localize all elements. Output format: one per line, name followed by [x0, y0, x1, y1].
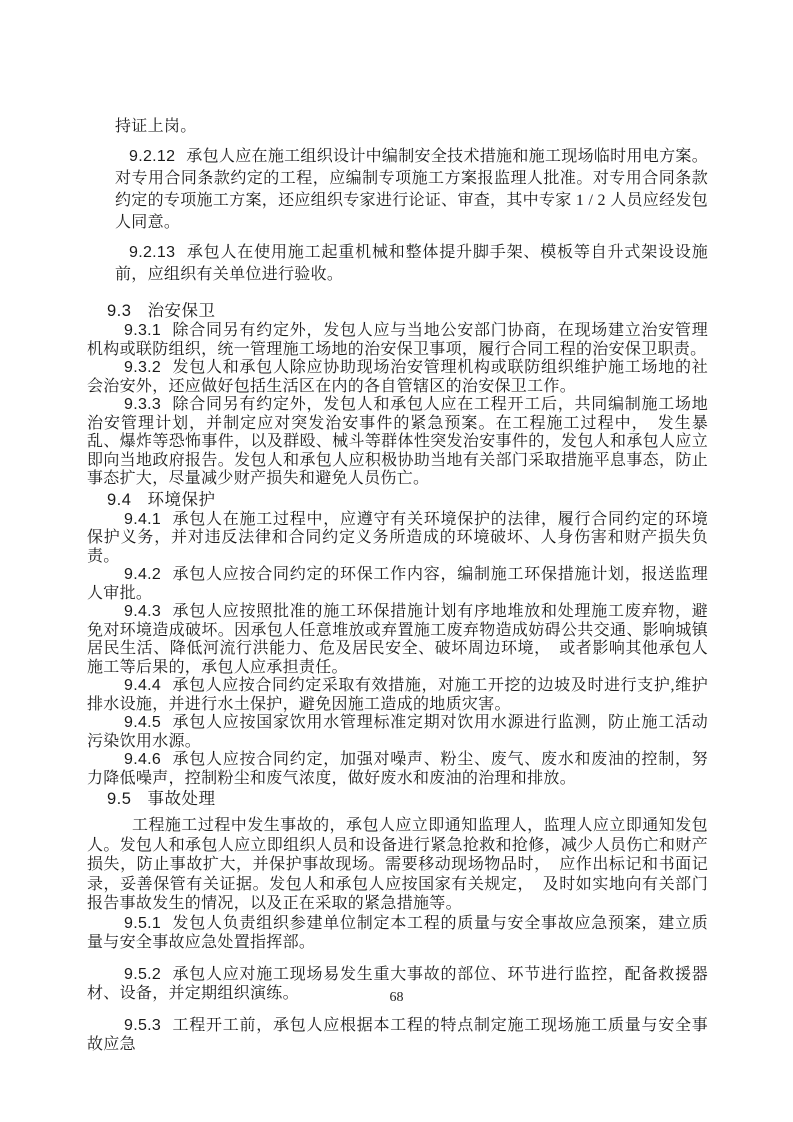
clause-number: 9.4.2 — [124, 566, 161, 583]
clause-number: 9.5.3 — [124, 1017, 161, 1034]
clause-9-4-4: 9.4.4承包人应按合同约定采取有效措施，对施工开挖的边坡及时进行支护,维护排水… — [87, 677, 708, 714]
clause-text: 承包人应按合同约定的环保工作内容，编制施工环保措施计划，报送监理人审批。 — [87, 566, 708, 602]
clause-9-4-6: 9.4.6承包人应按合同约定，加强对噪声、粉尘、废气、废水和废油的控制，努力降低… — [87, 751, 708, 788]
clause-text: 承包人应按合同约定采取有效措施，对施工开挖的边坡及时进行支护,维护排水设施，并进… — [87, 677, 708, 713]
clause-text: 承包人在施工过程中，应遵守有关环境保护的法律，履行合同约定的环境保护义务，并对违… — [87, 511, 708, 565]
clause-text: 除合同另有约定外，发包人和承包人应在工程开工后，共同编制施工场地治安管理计划，并… — [87, 396, 708, 487]
clause-9-3-1: 9.3.1除合同另有约定外，发包人应与当地公安部门协商，在现场建立治安管理机构或… — [87, 322, 708, 359]
section-9-5: 9.5事故处理 工程施工过程中发生事故的，承包人应立即通知监理人，监理人应立即通… — [87, 788, 708, 1055]
clause-number: 9.2.12 — [129, 148, 175, 165]
clause-9-4-1: 9.4.1承包人在施工过程中，应遵守有关环境保护的法律，履行合同约定的环境保护义… — [87, 511, 708, 567]
heading-9-3: 9.3治安保卫 — [107, 300, 708, 322]
clause-number: 9.4.5 — [124, 714, 161, 731]
sections-9-3-9-4: 9.3治安保卫 9.3.1除合同另有约定外，发包人应与当地公安部门协商，在现场建… — [87, 300, 708, 788]
clause-9-2-13: 9.2.13承包人在使用施工起重机械和整体提升脚手架、模板等自升式架设设施前，应… — [115, 242, 708, 286]
page-content: 持证上岗。 9.2.12承包人应在施工组织设计中编制安全技术措施和施工现场临时用… — [87, 116, 708, 1055]
clause-9-4-3: 9.4.3承包人应按照批准的施工环保措施计划有序地堆放和处理施工废弃物，避免对环… — [87, 603, 708, 677]
clause-text: 除合同另有约定外，发包人应与当地公安部门协商，在现场建立治安管理机构或联防组织，… — [87, 322, 708, 358]
clause-number: 9.4.4 — [124, 677, 161, 694]
clause-9-3-3: 9.3.3除合同另有约定外，发包人和承包人应在工程开工后，共同编制施工场地治安管… — [87, 396, 708, 489]
clause-number: 9.3.2 — [124, 359, 161, 376]
clause-number: 9.3.3 — [124, 396, 161, 413]
clause-number: 9.4.3 — [124, 603, 161, 620]
document-page: 持证上岗。 9.2.12承包人应在施工组织设计中编制安全技术措施和施工现场临时用… — [0, 0, 793, 1122]
carryover-paragraph: 持证上岗。 — [115, 116, 708, 138]
clause-9-5-1: 9.5.1发包人负责组织参建单位制定本工程的质量与安全事故应急预案，建立质量与安… — [87, 914, 708, 953]
clause-9-3-2: 9.3.2发包人和承包人除应协助现场治安管理机构或联防组织维护施工场地的社会治安… — [87, 359, 708, 396]
heading-number: 9.5 — [107, 790, 131, 808]
clause-number: 9.2.13 — [129, 244, 175, 261]
section-9-2: 持证上岗。 9.2.12承包人应在施工组织设计中编制安全技术措施和施工现场临时用… — [115, 116, 708, 286]
clause-9-4-2: 9.4.2承包人应按合同约定的环保工作内容，编制施工环保措施计划，报送监理人审批… — [87, 566, 708, 603]
heading-9-5: 9.5事故处理 — [107, 788, 708, 810]
heading-title: 事故处理 — [147, 789, 215, 808]
clause-9-5-3: 9.5.3工程开工前，承包人应根据本工程的特点制定施工现场施工质量与安全事故应急 — [87, 1016, 708, 1055]
clause-text: 承包人在使用施工起重机械和整体提升脚手架、模板等自升式架设设施前，应组织有关单位… — [115, 244, 708, 283]
clause-text: 工程开工前，承包人应根据本工程的特点制定施工现场施工质量与安全事故应急 — [87, 1017, 708, 1054]
heading-number: 9.4 — [107, 491, 131, 509]
clause-text: 承包人应按照批准的施工环保措施计划有序地堆放和处理施工废弃物，避免对环境造成破坏… — [87, 603, 708, 676]
clause-number: 9.5.2 — [124, 966, 161, 983]
page-number: 68 — [0, 990, 793, 1006]
carryover-text: 持证上岗。 — [115, 118, 197, 135]
clause-number: 9.3.1 — [124, 322, 161, 339]
heading-title: 环境保护 — [147, 490, 215, 509]
clause-text: 承包人应在施工组织设计中编制安全技术措施和施工现场临时用电方案。对专用合同条款约… — [115, 148, 708, 231]
clause-text: 发包人负责组织参建单位制定本工程的质量与安全事故应急预案，建立质量与安全事故应急… — [87, 915, 708, 952]
paragraph-text: 工程施工过程中发生事故的，承包人应立即通知监理人，监理人应立即通知发包人。发包人… — [87, 817, 708, 912]
clause-9-4-5: 9.4.5承包人应按国家饮用水管理标准定期对饮用水源进行监测，防止施工活动污染饮… — [87, 714, 708, 751]
clause-number: 9.4.1 — [124, 511, 161, 528]
clause-number: 9.5.1 — [124, 915, 161, 932]
clause-text: 承包人应按合同约定，加强对噪声、粉尘、废气、废水和废油的控制，努力降低噪声，控制… — [87, 751, 708, 787]
heading-title: 治安保卫 — [147, 301, 215, 320]
clause-text: 发包人和承包人除应协助现场治安管理机构或联防组织维护施工场地的社会治安外，还应做… — [87, 359, 708, 395]
clause-9-2-12: 9.2.12承包人应在施工组织设计中编制安全技术措施和施工现场临时用电方案。对专… — [115, 146, 708, 234]
paragraph-9-5-intro: 工程施工过程中发生事故的，承包人应立即通知监理人，监理人应立即通知发包人。发包人… — [87, 816, 708, 914]
clause-number: 9.4.6 — [124, 751, 161, 768]
heading-number: 9.3 — [107, 302, 131, 320]
heading-9-4: 9.4环境保护 — [107, 489, 708, 511]
clause-text: 承包人应按国家饮用水管理标准定期对饮用水源进行监测，防止施工活动污染饮用水源。 — [87, 714, 708, 750]
